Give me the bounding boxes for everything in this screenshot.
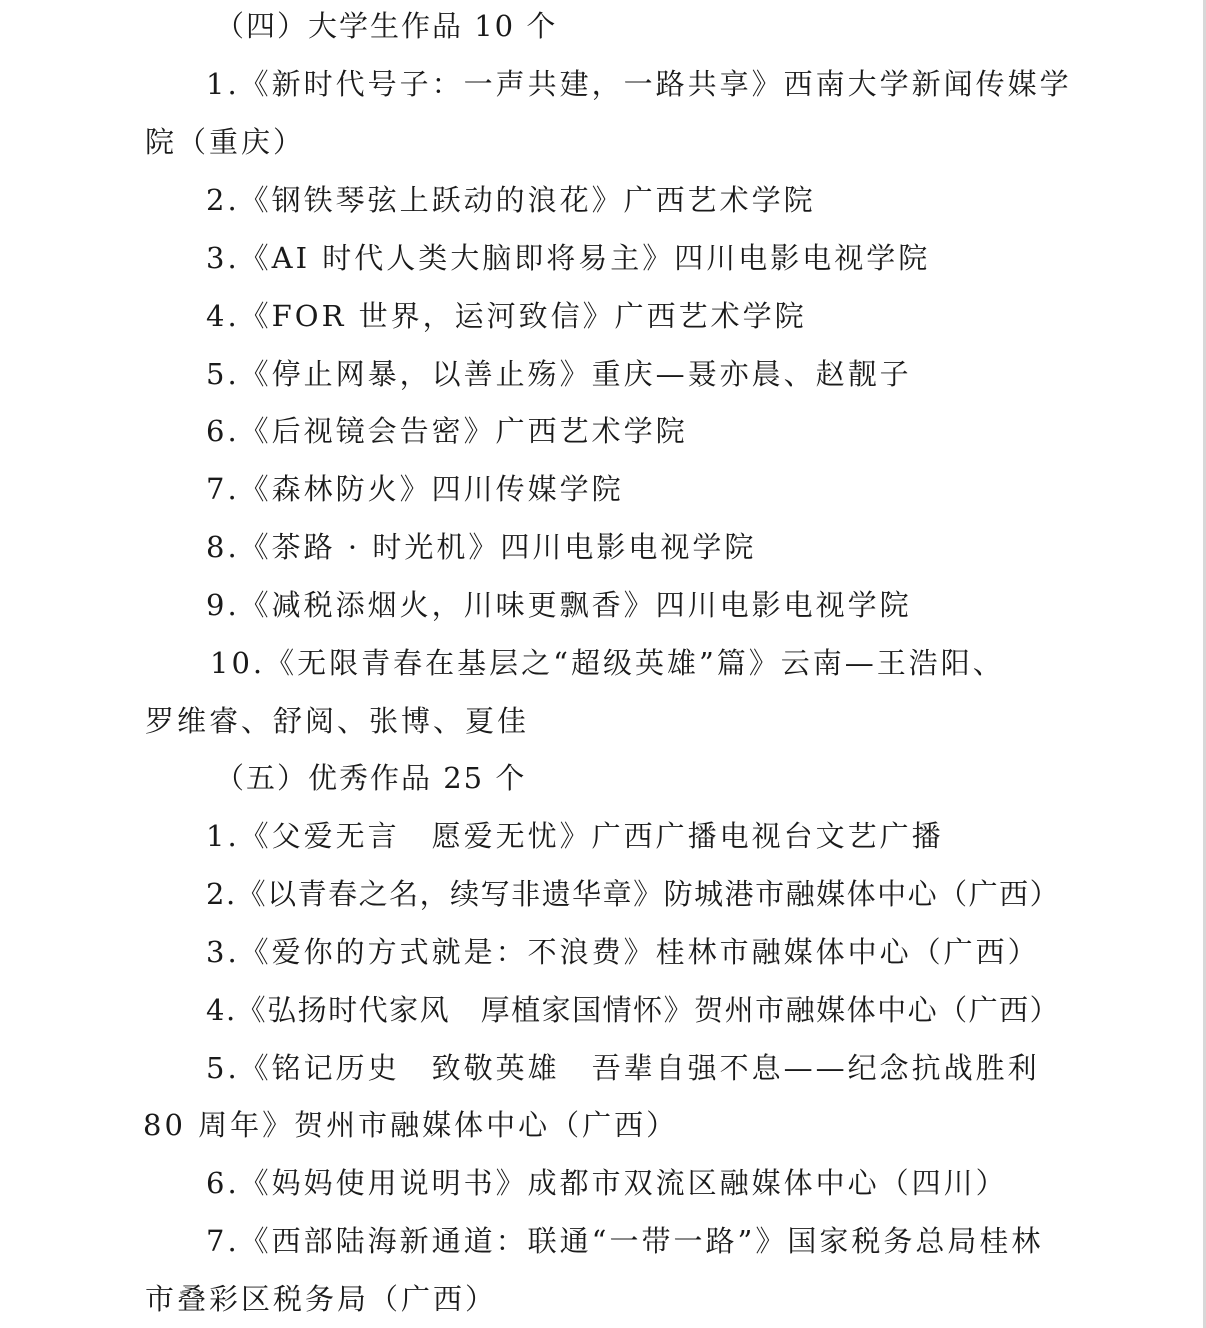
list-item-line: 3.《爱你的方式就是：不浪费》桂林市融媒体中心（广西） (206, 934, 1040, 970)
list-item-line: 5.《停止网暴，以善止殇》重庆—聂亦晨、赵靓子 (206, 356, 912, 392)
list-item-continuation: 80 周年》贺州市融媒体中心（广西） (143, 1107, 678, 1143)
list-item-line: 6.《后视镜会告密》广西艺术学院 (206, 413, 688, 449)
list-item-line: 2.《以青春之名，续写非遗华章》防城港市融媒体中心（广西） (206, 876, 1060, 912)
list-item-line: 1.《新时代号子：一声共建，一路共享》西南大学新闻传媒学 (206, 66, 1072, 102)
list-item-line: 2.《钢铁琴弦上跃动的浪花》广西艺术学院 (206, 182, 816, 218)
list-item-line: 4.《弘扬时代家风 厚植家国情怀》贺州市融媒体中心（广西） (206, 992, 1060, 1028)
list-item-continuation: 罗维睿、舒阅、张博、夏佳 (145, 703, 529, 739)
list-item-continuation: 院（重庆） (145, 124, 305, 160)
list-item-line: 7.《森林防火》四川传媒学院 (206, 471, 624, 507)
list-item-line: 6.《妈妈使用说明书》成都市双流区融媒体中心（四川） (206, 1165, 1008, 1201)
list-item-line: 7.《西部陆海新通道：联通“一带一路”》国家税务总局桂林 (206, 1223, 1043, 1259)
section-heading-college-works: （四）大学生作品 10 个 (215, 8, 557, 44)
list-item-line: 9.《减税添烟火，川味更飘香》四川电影电视学院 (206, 587, 912, 623)
list-item-line: 3.《AI 时代人类大脑即将易主》四川电影电视学院 (206, 240, 930, 276)
list-item-line: 10.《无限青春在基层之“超级英雄”篇》云南—王浩阳、 (210, 645, 1005, 681)
list-item-line: 4.《FOR 世界，运河致信》广西艺术学院 (206, 298, 807, 334)
list-item-line: 5.《铭记历史 致敬英雄 吾辈自强不息——纪念抗战胜利 (206, 1050, 1040, 1086)
section-heading-excellent-works: （五）优秀作品 25 个 (215, 760, 526, 796)
document-page: （四）大学生作品 10 个 1.《新时代号子：一声共建，一路共享》西南大学新闻传… (0, 0, 1206, 1328)
list-item-line: 1.《父爱无言 愿爱无忧》广西广播电视台文艺广播 (206, 818, 944, 854)
list-item-line: 8.《茶路 · 时光机》四川电影电视学院 (206, 529, 756, 565)
list-item-continuation: 市叠彩区税务局（广西） (145, 1281, 497, 1317)
